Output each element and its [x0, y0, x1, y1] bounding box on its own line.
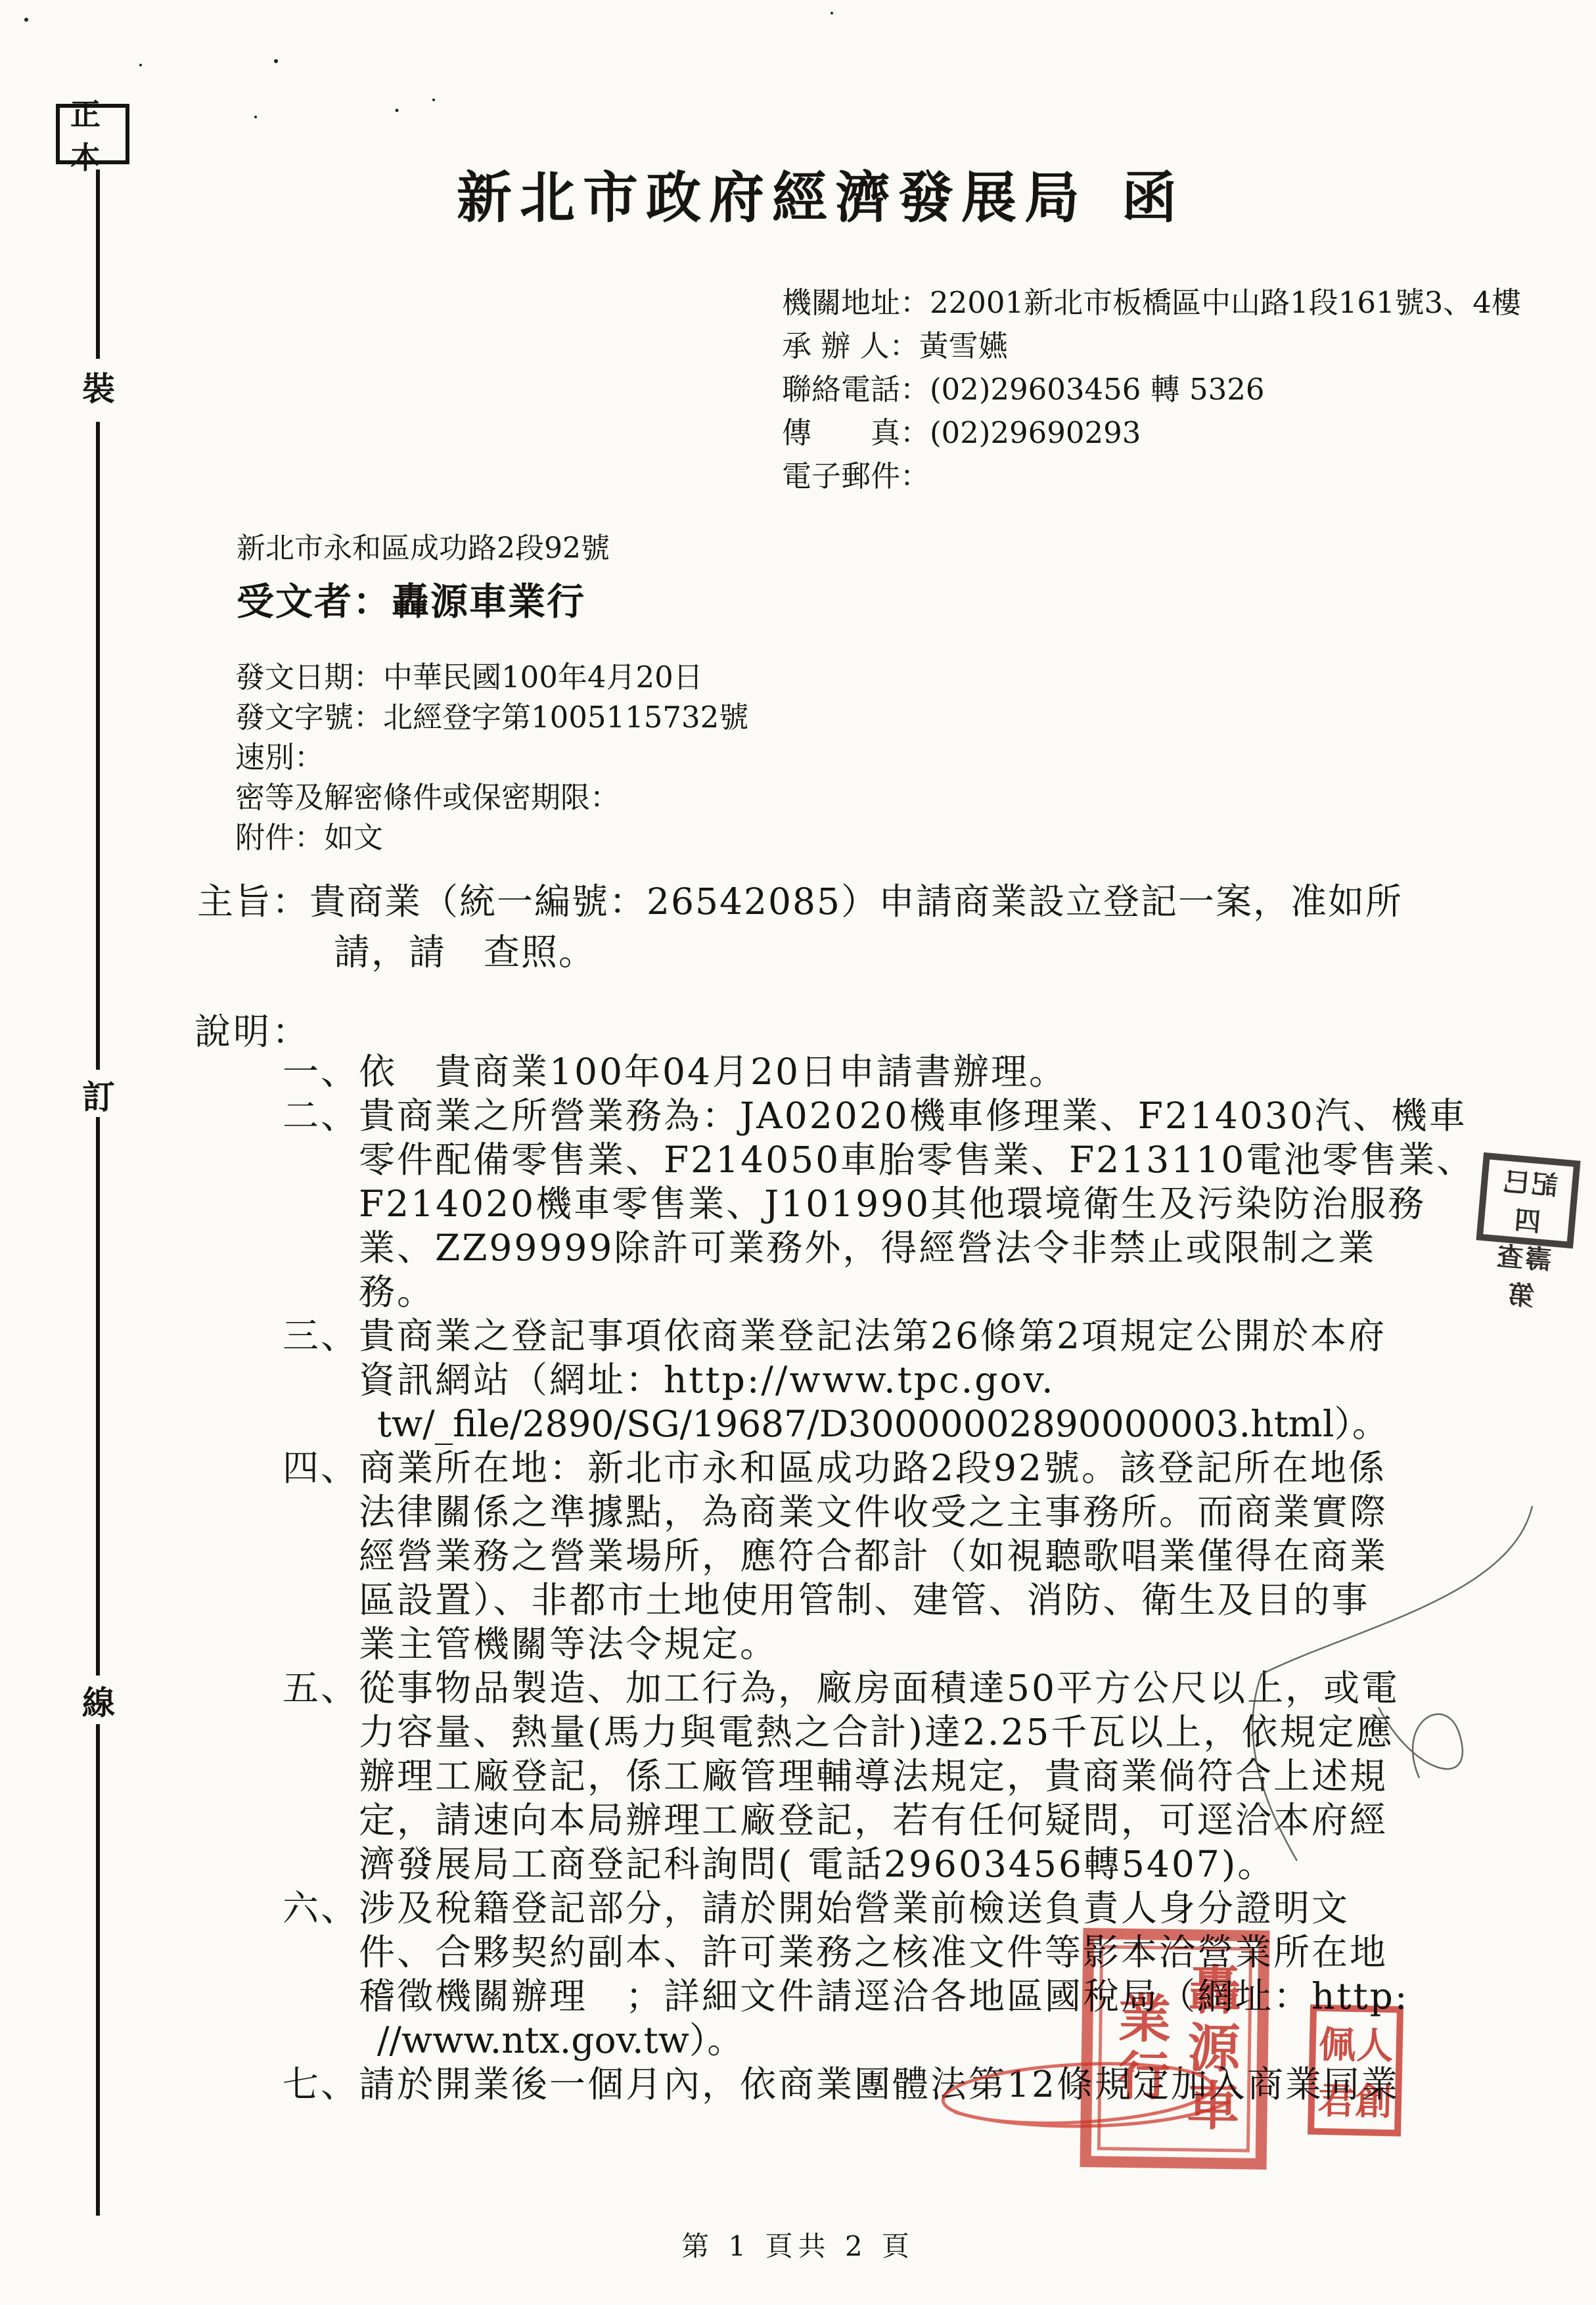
explanation-line: 定，請速向本局辦理工廠登記，若有任何疑問，可逕洽本府經 — [0, 1798, 1596, 1842]
company-seal-column: 業行 — [1108, 1990, 1172, 2107]
info-row: 電子郵件： — [782, 455, 1521, 498]
explanation-line: 濟發展局工商登記科詢問( 電話29603456轉5407)。 — [0, 1842, 1596, 1886]
explanation-line: 四、商業所在地：新北市永和區成功路2段92號。該登記所在地係 — [0, 1446, 1596, 1490]
info-row: 承 辦 人：黃雪嬿 — [782, 325, 1521, 368]
explanation-line: tw/_file/2890/SG/19687/D3000000289000000… — [0, 1402, 1596, 1446]
recipient-name: 受文者：轟源車業行 — [237, 572, 610, 626]
explanation-line: 二、貴商業之所營業務為：JA02020機車修理業、F214030汽、機車 — [0, 1094, 1596, 1138]
explanation-line: 業、ZZ99999除許可業務外，得經營法令非禁止或限制之業 — [0, 1226, 1596, 1270]
copy-label-box: 正本 — [56, 104, 129, 164]
info-row: 機關地址：22001新北市板橋區中山路1段161號3、4樓 — [782, 281, 1521, 325]
explanation-line: 區設置）、非都市土地使用管制、建管、消防、衛生及目的事 — [0, 1578, 1596, 1622]
explanation-line: 三、貴商業之登記事項依商業登記法第26條第2項規定公開於本府 — [0, 1314, 1596, 1358]
explanation-list: 一、依 貴商業100年04月20日申請書辦理。二、貴商業之所營業務為：JA020… — [0, 1050, 1596, 2107]
explanation-line: 辦理工廠登記，係工廠管理輔導法規定，貴商業倘符合上述規 — [0, 1754, 1596, 1798]
explanation-line: 法律關係之準據點，為商業文件收受之主事務所。而商業實際 — [0, 1490, 1596, 1534]
explanation-line: F214020機車零售業、J101990其他環境衛生及污染防治服務 — [0, 1182, 1596, 1226]
verification-seal-row: 記巳四 — [1483, 1160, 1573, 1242]
explanation-line: 零件配備零售業、F214050車胎零售業、F213110電池零售業、 — [0, 1138, 1596, 1182]
personal-seal-stamp: 佩人君創 — [1308, 2005, 1403, 2137]
agency-info: 機關地址：22001新北市板橋區中山路1段161號3、4樓承 辦 人：黃雪嬿聯絡… — [782, 281, 1521, 498]
recipient-address: 新北市永和區成功路2段92號 — [237, 524, 610, 566]
explanation-line: 經營業務之營業場所，應符合都計（如視聽歌唱業僅得在商業 — [0, 1534, 1596, 1578]
verification-seal-row: 壽查第 — [1476, 1234, 1566, 1316]
explanation-line: 件、合夥契約副本、許可業務之核准文件等影本洽營業所在地 — [0, 1930, 1596, 1974]
subject-line: 請，請 查照。 — [197, 927, 1403, 978]
subject-block: 主旨：貴商業（統一編號：26542085）申請商業設立登記一案，准如所 請，請 … — [197, 877, 1403, 978]
binding-char-zhuang: 裝 — [75, 363, 122, 410]
meta-line: 發文日期：中華民國100年4月20日 — [235, 657, 748, 697]
document-meta: 發文日期：中華民國100年4月20日發文字號：北經登字第1005115732號速… — [235, 657, 748, 857]
meta-line: 速別： — [235, 737, 748, 777]
personal-seal-char: 創 — [1354, 2070, 1393, 2127]
meta-line: 附件：如文 — [235, 817, 748, 857]
agency-name: 新北市政府經濟發展局 — [457, 165, 1087, 230]
copy-label: 正本 — [70, 91, 125, 177]
document-type-label: 函 — [1122, 165, 1185, 230]
page-number: 第 1 頁共 2 頁 — [0, 2225, 1596, 2264]
explanation-line: 五、從事物品製造、加工行為，廠房面積達50平方公尺以上，或電 — [0, 1666, 1596, 1710]
explanation-heading: 說明： — [194, 1003, 311, 1055]
personal-seal-char: 佩 — [1318, 2014, 1357, 2070]
info-row: 聯絡電話：(02)29603456 轉 5326 — [782, 368, 1521, 411]
company-seal-stamp: 轟源車業行 — [1080, 1928, 1269, 2170]
explanation-line: 一、依 貴商業100年04月20日申請書辦理。 — [0, 1050, 1596, 1094]
personal-seal-char: 君 — [1317, 2070, 1356, 2126]
explanation-line: 資訊網站（網址：http://www.tpc.gov. — [0, 1358, 1596, 1402]
personal-seal-char: 人 — [1356, 2015, 1394, 2071]
explanation-line: 力容量、熱量(馬力與電熱之合計)達2.25千瓦以上，依規定應 — [0, 1710, 1596, 1754]
recipient-block: 新北市永和區成功路2段92號 受文者：轟源車業行 — [237, 524, 610, 626]
document-title: 新北市政府經濟發展局函 — [457, 154, 1185, 233]
explanation-line: 業主管機關等法令規定。 — [0, 1622, 1596, 1666]
company-seal-text: 轟源車業行 — [1097, 1945, 1252, 2152]
subject-line: 主旨：貴商業（統一編號：26542085）申請商業設立登記一案，准如所 — [197, 877, 1403, 927]
meta-line: 發文字號：北經登字第1005115732號 — [235, 697, 748, 737]
document-page: 正本 裝 訂 線 新北市政府經濟發展局函 機關地址：22001新北市板橋區中山路… — [0, 0, 1596, 2305]
verification-seal-stamp: 記巳四壽查第 — [1476, 1152, 1580, 1248]
binding-line — [96, 422, 100, 1070]
explanation-line: 務。 — [0, 1270, 1596, 1314]
company-seal-column: 轟源車 — [1177, 1962, 1243, 2136]
info-row: 傳 真：(02)29690293 — [782, 411, 1521, 455]
meta-line: 密等及解密條件或保密期限： — [235, 777, 748, 817]
explanation-line: 六、涉及稅籍登記部分，請於開始營業前檢送負責人身分證明文 — [0, 1886, 1596, 1930]
binding-line — [96, 170, 100, 359]
